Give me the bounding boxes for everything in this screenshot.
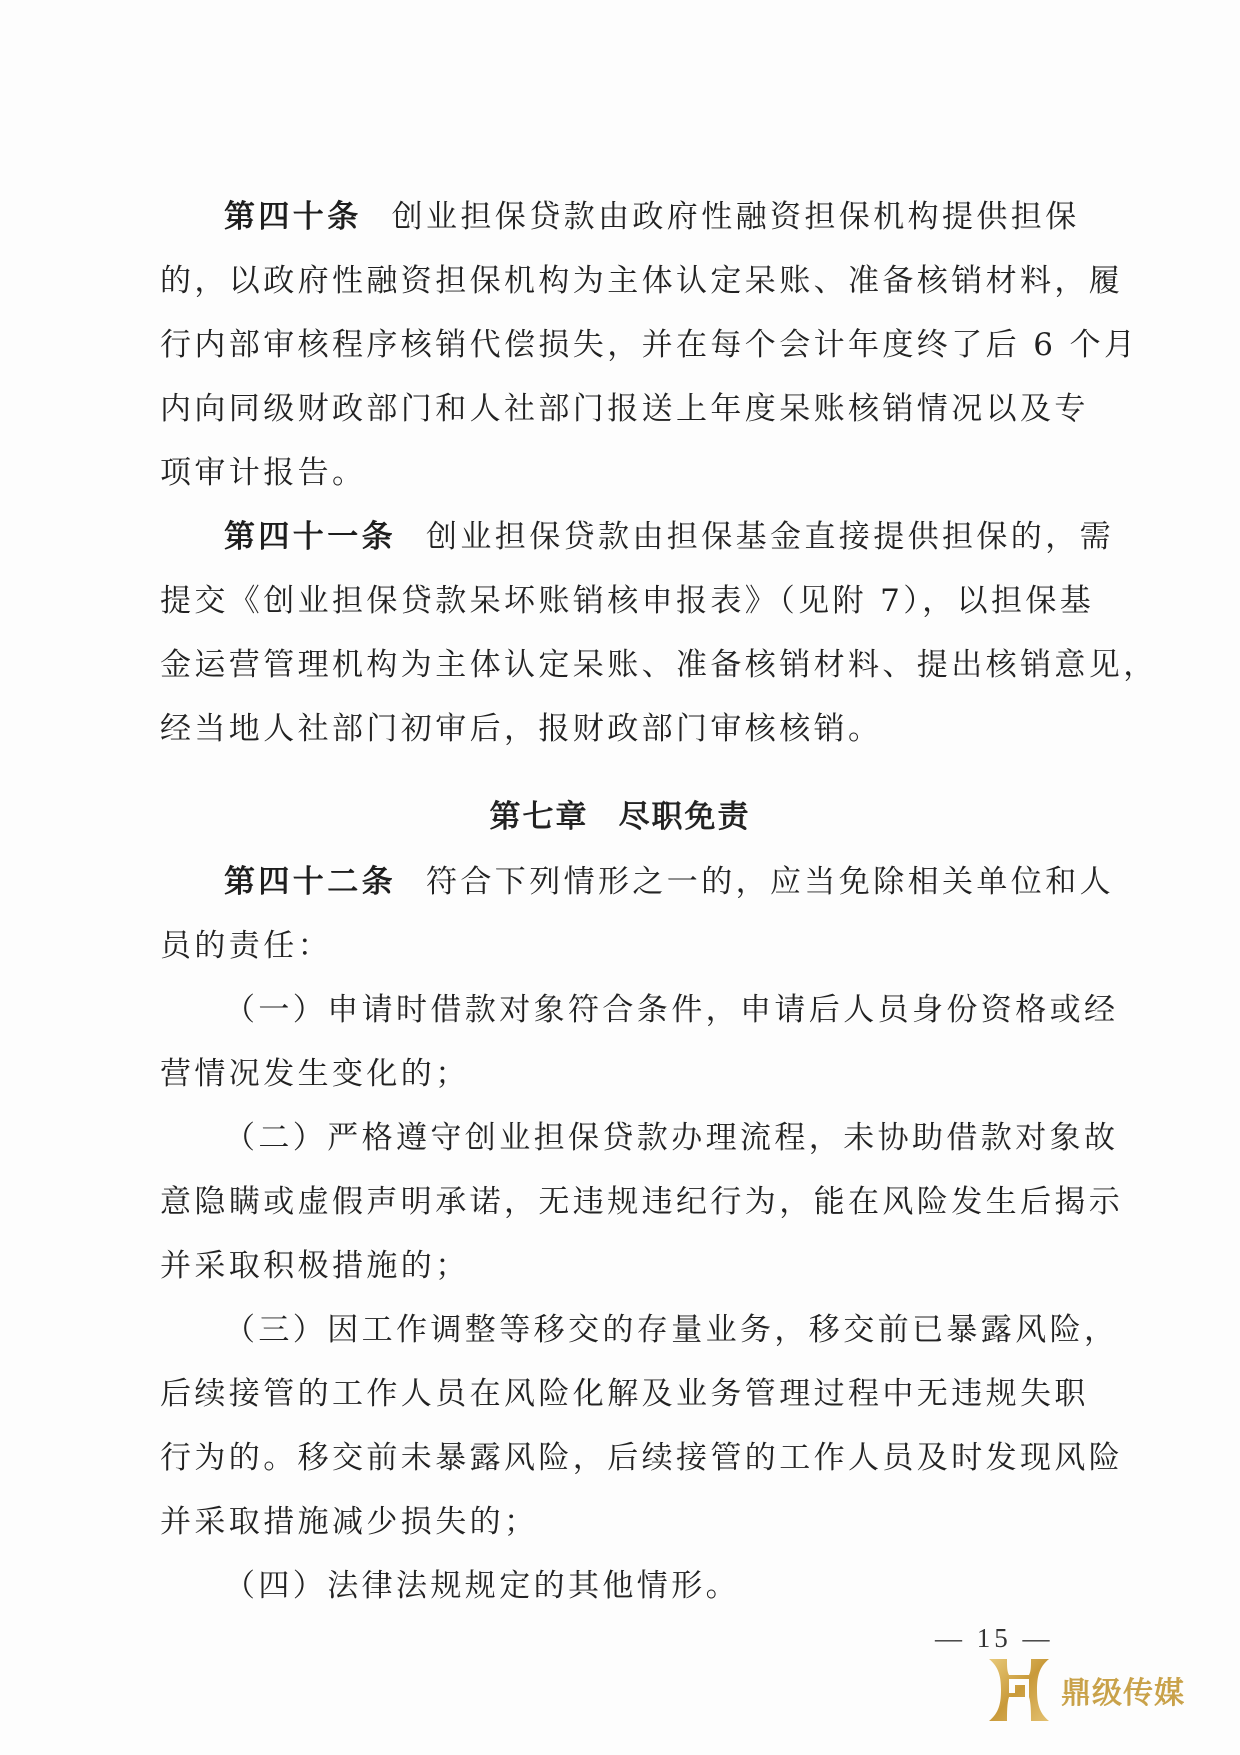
hj-monogram-logo-icon: [985, 1657, 1053, 1723]
article-42: 第四十二条符合下列情形之一的，应当免除相关单位和人 员的责任： （一）申请时借款…: [160, 850, 1080, 1618]
list-item: （二）严格遵守创业担保贷款办理流程，未协助借款对象故: [160, 1106, 1080, 1170]
article-41: 第四十一条创业担保贷款由担保基金直接提供担保的，需 提交《创业担保贷款呆坏账销核…: [160, 505, 1080, 761]
article-40: 第四十条创业担保贷款由政府性融资担保机构提供担保 的，以政府性融资担保机构为主体…: [160, 185, 1080, 505]
chapter-heading: 第七章尽职免责: [160, 785, 1080, 849]
page-number: — 15 —: [935, 1623, 1054, 1654]
watermark-logo: 鼎级传媒: [985, 1657, 1185, 1723]
article-title: 第四十条: [224, 199, 362, 235]
article-title: 第四十二条: [224, 864, 396, 900]
document-page: 第四十条创业担保贷款由政府性融资担保机构提供担保 的，以政府性融资担保机构为主体…: [0, 0, 1240, 1755]
list-item: （四）法律法规规定的其他情形。: [160, 1554, 1080, 1618]
article-title: 第四十一条: [224, 519, 396, 555]
list-item: （一）申请时借款对象符合条件，申请后人员身份资格或经: [160, 978, 1080, 1042]
list-item: （三）因工作调整等移交的存量业务，移交前已暴露风险，: [160, 1298, 1080, 1362]
brand-name: 鼎级传媒: [1061, 1668, 1185, 1712]
